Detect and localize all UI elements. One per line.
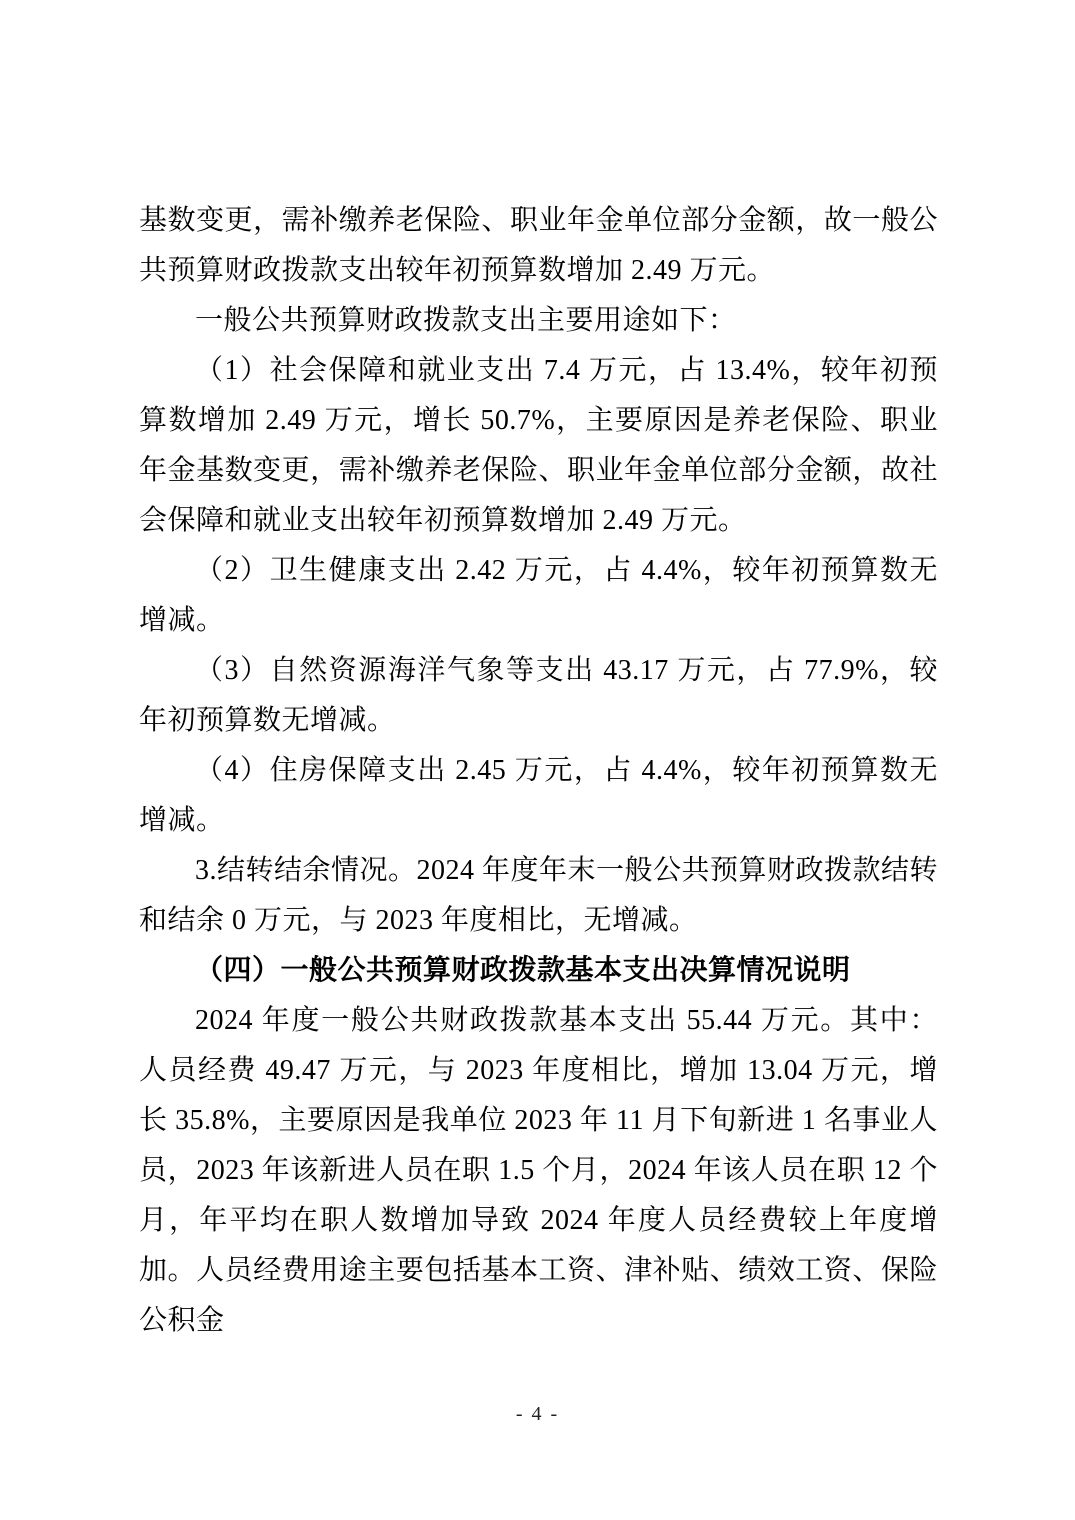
paragraph-item-3-natural-resources: （3）自然资源海洋气象等支出 43.17 万元，占 77.9%，较年初预算数无增… [139,646,938,746]
paragraph-continuation: 基数变更，需补缴养老保险、职业年金单位部分金额，故一般公共预算财政拨款支出较年初… [139,196,938,296]
paragraph-carryover-balance: 3.结转结余情况。2024 年度年末一般公共预算财政拨款结转和结余 0 万元，与… [139,846,938,946]
paragraph-uses-intro: 一般公共预算财政拨款支出主要用途如下： [139,296,938,346]
paragraph-item-1-social-security: （1）社会保障和就业支出 7.4 万元，占 13.4%，较年初预算数增加 2.4… [139,346,938,546]
document-body: 基数变更，需补缴养老保险、职业年金单位部分金额，故一般公共预算财政拨款支出较年初… [139,196,938,1346]
paragraph-item-4-housing: （4）住房保障支出 2.45 万元，占 4.4%，较年初预算数无增减。 [139,746,938,846]
paragraph-item-2-health: （2）卫生健康支出 2.42 万元，占 4.4%，较年初预算数无增减。 [139,546,938,646]
page-number: - 4 - [0,1400,1075,1428]
section-heading-basic-expenditure: （四）一般公共预算财政拨款基本支出决算情况说明 [139,946,938,996]
paragraph-basic-expenditure-detail: 2024 年度一般公共财政拨款基本支出 55.44 万元。其中：人员经费 49.… [139,996,938,1346]
document-page: 基数变更，需补缴养老保险、职业年金单位部分金额，故一般公共预算财政拨款支出较年初… [0,0,1075,1520]
